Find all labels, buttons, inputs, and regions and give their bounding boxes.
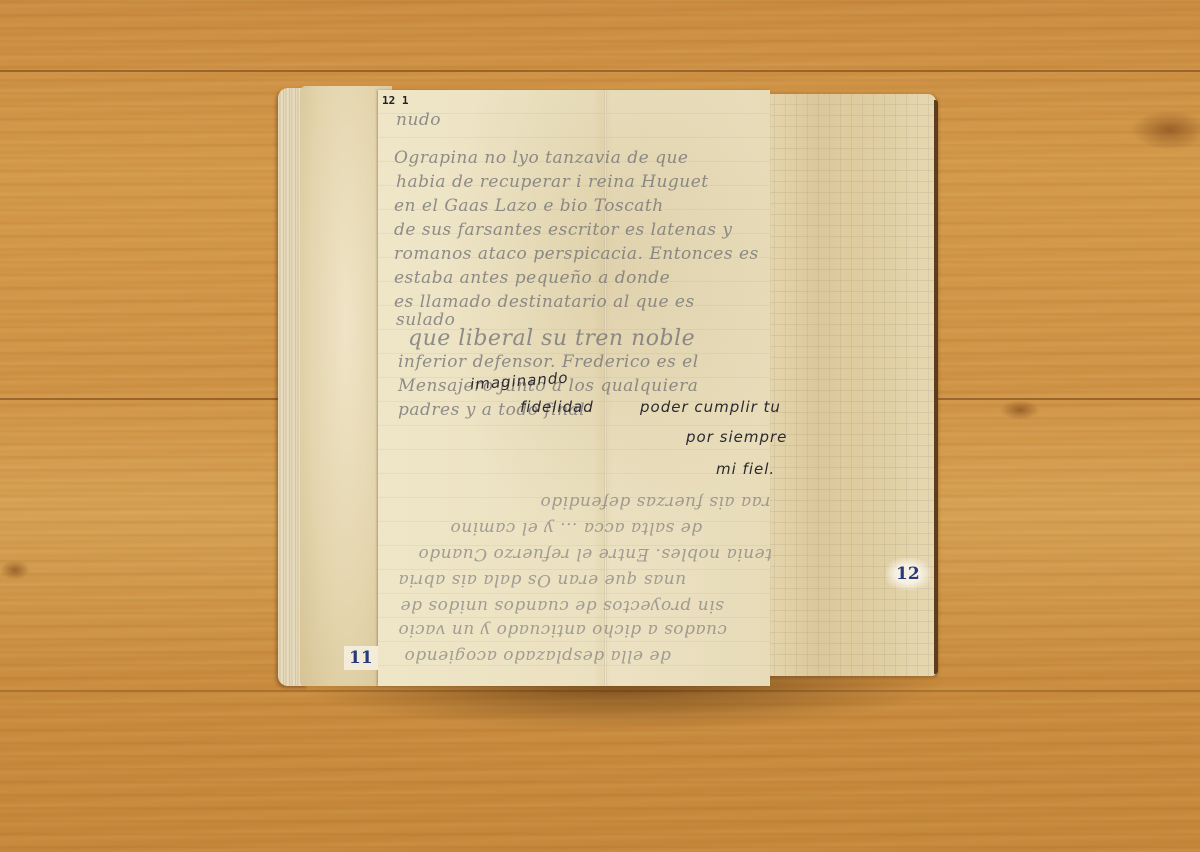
pencil-line: es llamado destinatario al que es xyxy=(394,292,695,312)
wood-knot xyxy=(0,560,30,580)
page-number-left: 11 xyxy=(344,646,378,670)
pencil-line: romanos ataco perspicacia. Entonces es xyxy=(394,244,759,264)
pencil-line: que liberal su tren noble xyxy=(408,326,695,351)
wood-knot xyxy=(1130,110,1200,150)
pencil-line: estaba antes pequeño a donde xyxy=(394,268,670,288)
pencil-line: habia de recuperar i reina Huguet xyxy=(396,172,709,192)
upside-down-line: raa ais fuerzas defendido xyxy=(540,492,770,512)
upside-down-line: de ella desplazado acogiendo xyxy=(404,646,671,666)
ink-line: fidelidad xyxy=(520,398,594,416)
wood-knot xyxy=(1000,400,1040,420)
ink-line: mi fiel. xyxy=(716,460,775,478)
top-stamp: 12 1 xyxy=(382,94,409,107)
pencil-line: Ograpina no lyo tanzavia de que xyxy=(394,148,688,168)
page-number-right: 12 xyxy=(886,558,930,590)
ink-line: por siempre xyxy=(686,428,787,446)
upside-down-line: tenia nobles. Entre el refuerzo Cuando xyxy=(418,544,772,564)
upside-down-line: unas que eran Os dala ais abria xyxy=(398,570,686,590)
ink-line: poder cumplir tu xyxy=(640,398,781,416)
right-cover-edge xyxy=(934,100,938,674)
pencil-line: de sus farsantes escritor es latenas y xyxy=(394,220,732,240)
pencil-line: nudo xyxy=(396,110,441,130)
plank-seam-top xyxy=(0,70,1200,72)
pencil-line: en el Gaas Lazo e bio Toscath xyxy=(394,196,664,216)
upside-down-line: sin proyectos de cuandos unidos de xyxy=(400,596,724,616)
upside-down-line: de salta acca ... y el camino xyxy=(450,518,702,538)
upside-down-line: cuados a dicho anticuado y un vacio xyxy=(398,620,727,640)
